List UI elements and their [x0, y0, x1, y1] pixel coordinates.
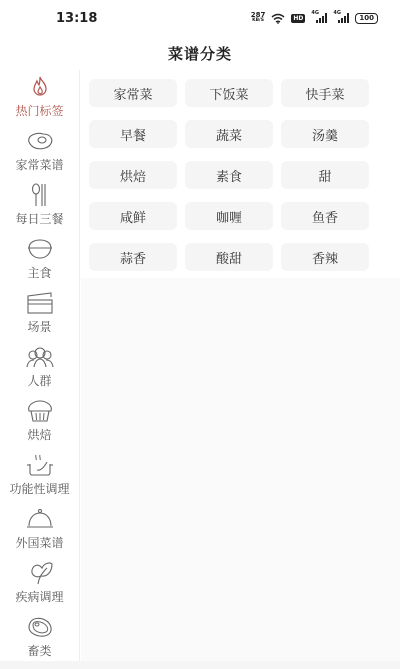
sidebar-item-disease-therapy[interactable]: 疾病调理 — [0, 556, 79, 610]
tag-button[interactable]: 酸甜 — [185, 243, 273, 271]
category-sidebar[interactable]: 热门标签 家常菜谱 每日三餐 主食 场景 人群 烘焙 — [0, 70, 80, 669]
sidebar-item-staple-food[interactable]: 主食 — [0, 232, 79, 286]
sidebar-item-functional[interactable]: 功能性调理 — [0, 448, 79, 502]
tag-button[interactable]: 早餐 — [89, 120, 177, 148]
battery-icon: 100 — [355, 13, 378, 24]
tag-button[interactable]: 咸鲜 — [89, 202, 177, 230]
tag-button[interactable]: 蒜香 — [89, 243, 177, 271]
sidebar-item-foreign-recipes[interactable]: 外国菜谱 — [0, 502, 79, 556]
sidebar-item-hot-tags[interactable]: 热门标签 — [0, 70, 79, 124]
sidebar-item-livestock[interactable]: 畜类 — [0, 610, 79, 664]
sidebar-item-three-meals[interactable]: 每日三餐 — [0, 178, 79, 232]
bottom-edge — [0, 661, 400, 669]
title-bar: 菜谱分类 — [0, 36, 400, 70]
spoon-chopsticks-icon — [25, 182, 55, 208]
meat-steak-icon — [25, 614, 55, 640]
status-time: 13:18 — [56, 11, 97, 26]
sidebar-item-people[interactable]: 人群 — [0, 340, 79, 394]
sidebar-item-label: 疾病调理 — [15, 588, 63, 605]
hd-voice-icon: HD — [291, 14, 305, 23]
tag-button[interactable]: 下饭菜 — [185, 79, 273, 107]
tag-button[interactable]: 鱼香 — [281, 202, 369, 230]
tag-button[interactable]: 家常菜 — [89, 79, 177, 107]
empty-area — [81, 278, 400, 668]
sidebar-item-home-recipes[interactable]: 家常菜谱 — [0, 124, 79, 178]
tag-button[interactable]: 汤羹 — [281, 120, 369, 148]
tag-content-panel: 家常菜 下饭菜 快手菜 早餐 蔬菜 汤羹 烘焙 素食 甜 咸鲜 咖喱 鱼香 蒜香… — [81, 70, 400, 669]
tag-button[interactable]: 素食 — [185, 161, 273, 189]
sidebar-item-label: 主食 — [27, 264, 51, 281]
tag-grid: 家常菜 下饭菜 快手菜 早餐 蔬菜 汤羹 烘焙 素食 甜 咸鲜 咖喱 鱼香 蒜香… — [81, 70, 400, 271]
fried-egg-icon — [25, 128, 55, 154]
clapperboard-icon — [25, 290, 55, 316]
sidebar-item-label: 烘焙 — [27, 426, 51, 443]
tag-button[interactable]: 香辣 — [281, 243, 369, 271]
status-bar: 13:18 287 KB/S HD 4G 4G 100 — [0, 0, 400, 36]
sidebar-item-label: 家常菜谱 — [15, 156, 63, 173]
page-title: 菜谱分类 — [168, 43, 232, 64]
leaf-icon — [25, 560, 55, 586]
sidebar-item-label: 畜类 — [27, 642, 51, 659]
sidebar-item-label: 人群 — [27, 372, 51, 389]
rice-bowl-icon — [25, 236, 55, 262]
net-speed-unit: KB/S — [252, 18, 264, 24]
muffin-icon — [25, 398, 55, 424]
sidebar-item-label: 每日三餐 — [15, 210, 63, 227]
tag-button[interactable]: 咖喱 — [185, 202, 273, 230]
signal-2-icon: 4G — [333, 13, 349, 23]
network-speed: 287 KB/S — [251, 12, 266, 24]
people-group-icon — [25, 344, 55, 370]
sidebar-item-label: 外国菜谱 — [15, 534, 63, 551]
sidebar-item-scene[interactable]: 场景 — [0, 286, 79, 340]
steaming-pot-icon — [25, 452, 55, 478]
tag-button[interactable]: 快手菜 — [281, 79, 369, 107]
sidebar-item-label: 热门标签 — [15, 102, 63, 119]
tag-button[interactable]: 蔬菜 — [185, 120, 273, 148]
tag-button[interactable]: 甜 — [281, 161, 369, 189]
signal-1-icon: 4G — [311, 13, 327, 23]
status-icons: 287 KB/S HD 4G 4G 100 — [251, 12, 378, 24]
tag-button[interactable]: 烘焙 — [89, 161, 177, 189]
wifi-icon — [271, 13, 285, 24]
sidebar-item-label: 场景 — [27, 318, 51, 335]
flame-icon — [25, 74, 55, 100]
cloche-icon — [25, 506, 55, 532]
sidebar-item-baking[interactable]: 烘焙 — [0, 394, 79, 448]
sidebar-item-label: 功能性调理 — [9, 480, 69, 497]
